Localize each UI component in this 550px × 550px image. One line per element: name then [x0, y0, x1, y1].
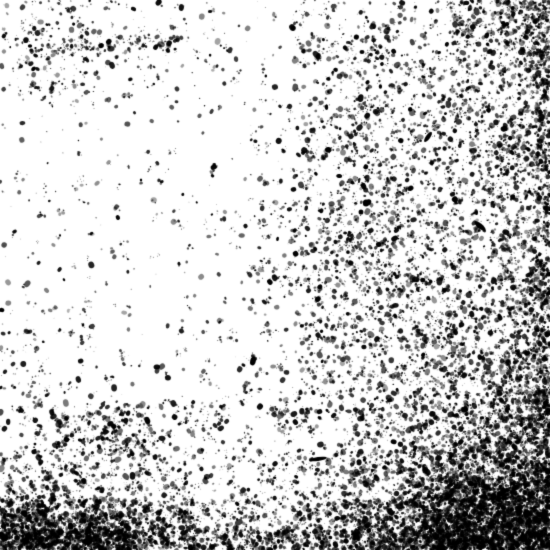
grunge-texture-canvas	[0, 0, 550, 550]
grunge-texture-page	[0, 0, 550, 550]
